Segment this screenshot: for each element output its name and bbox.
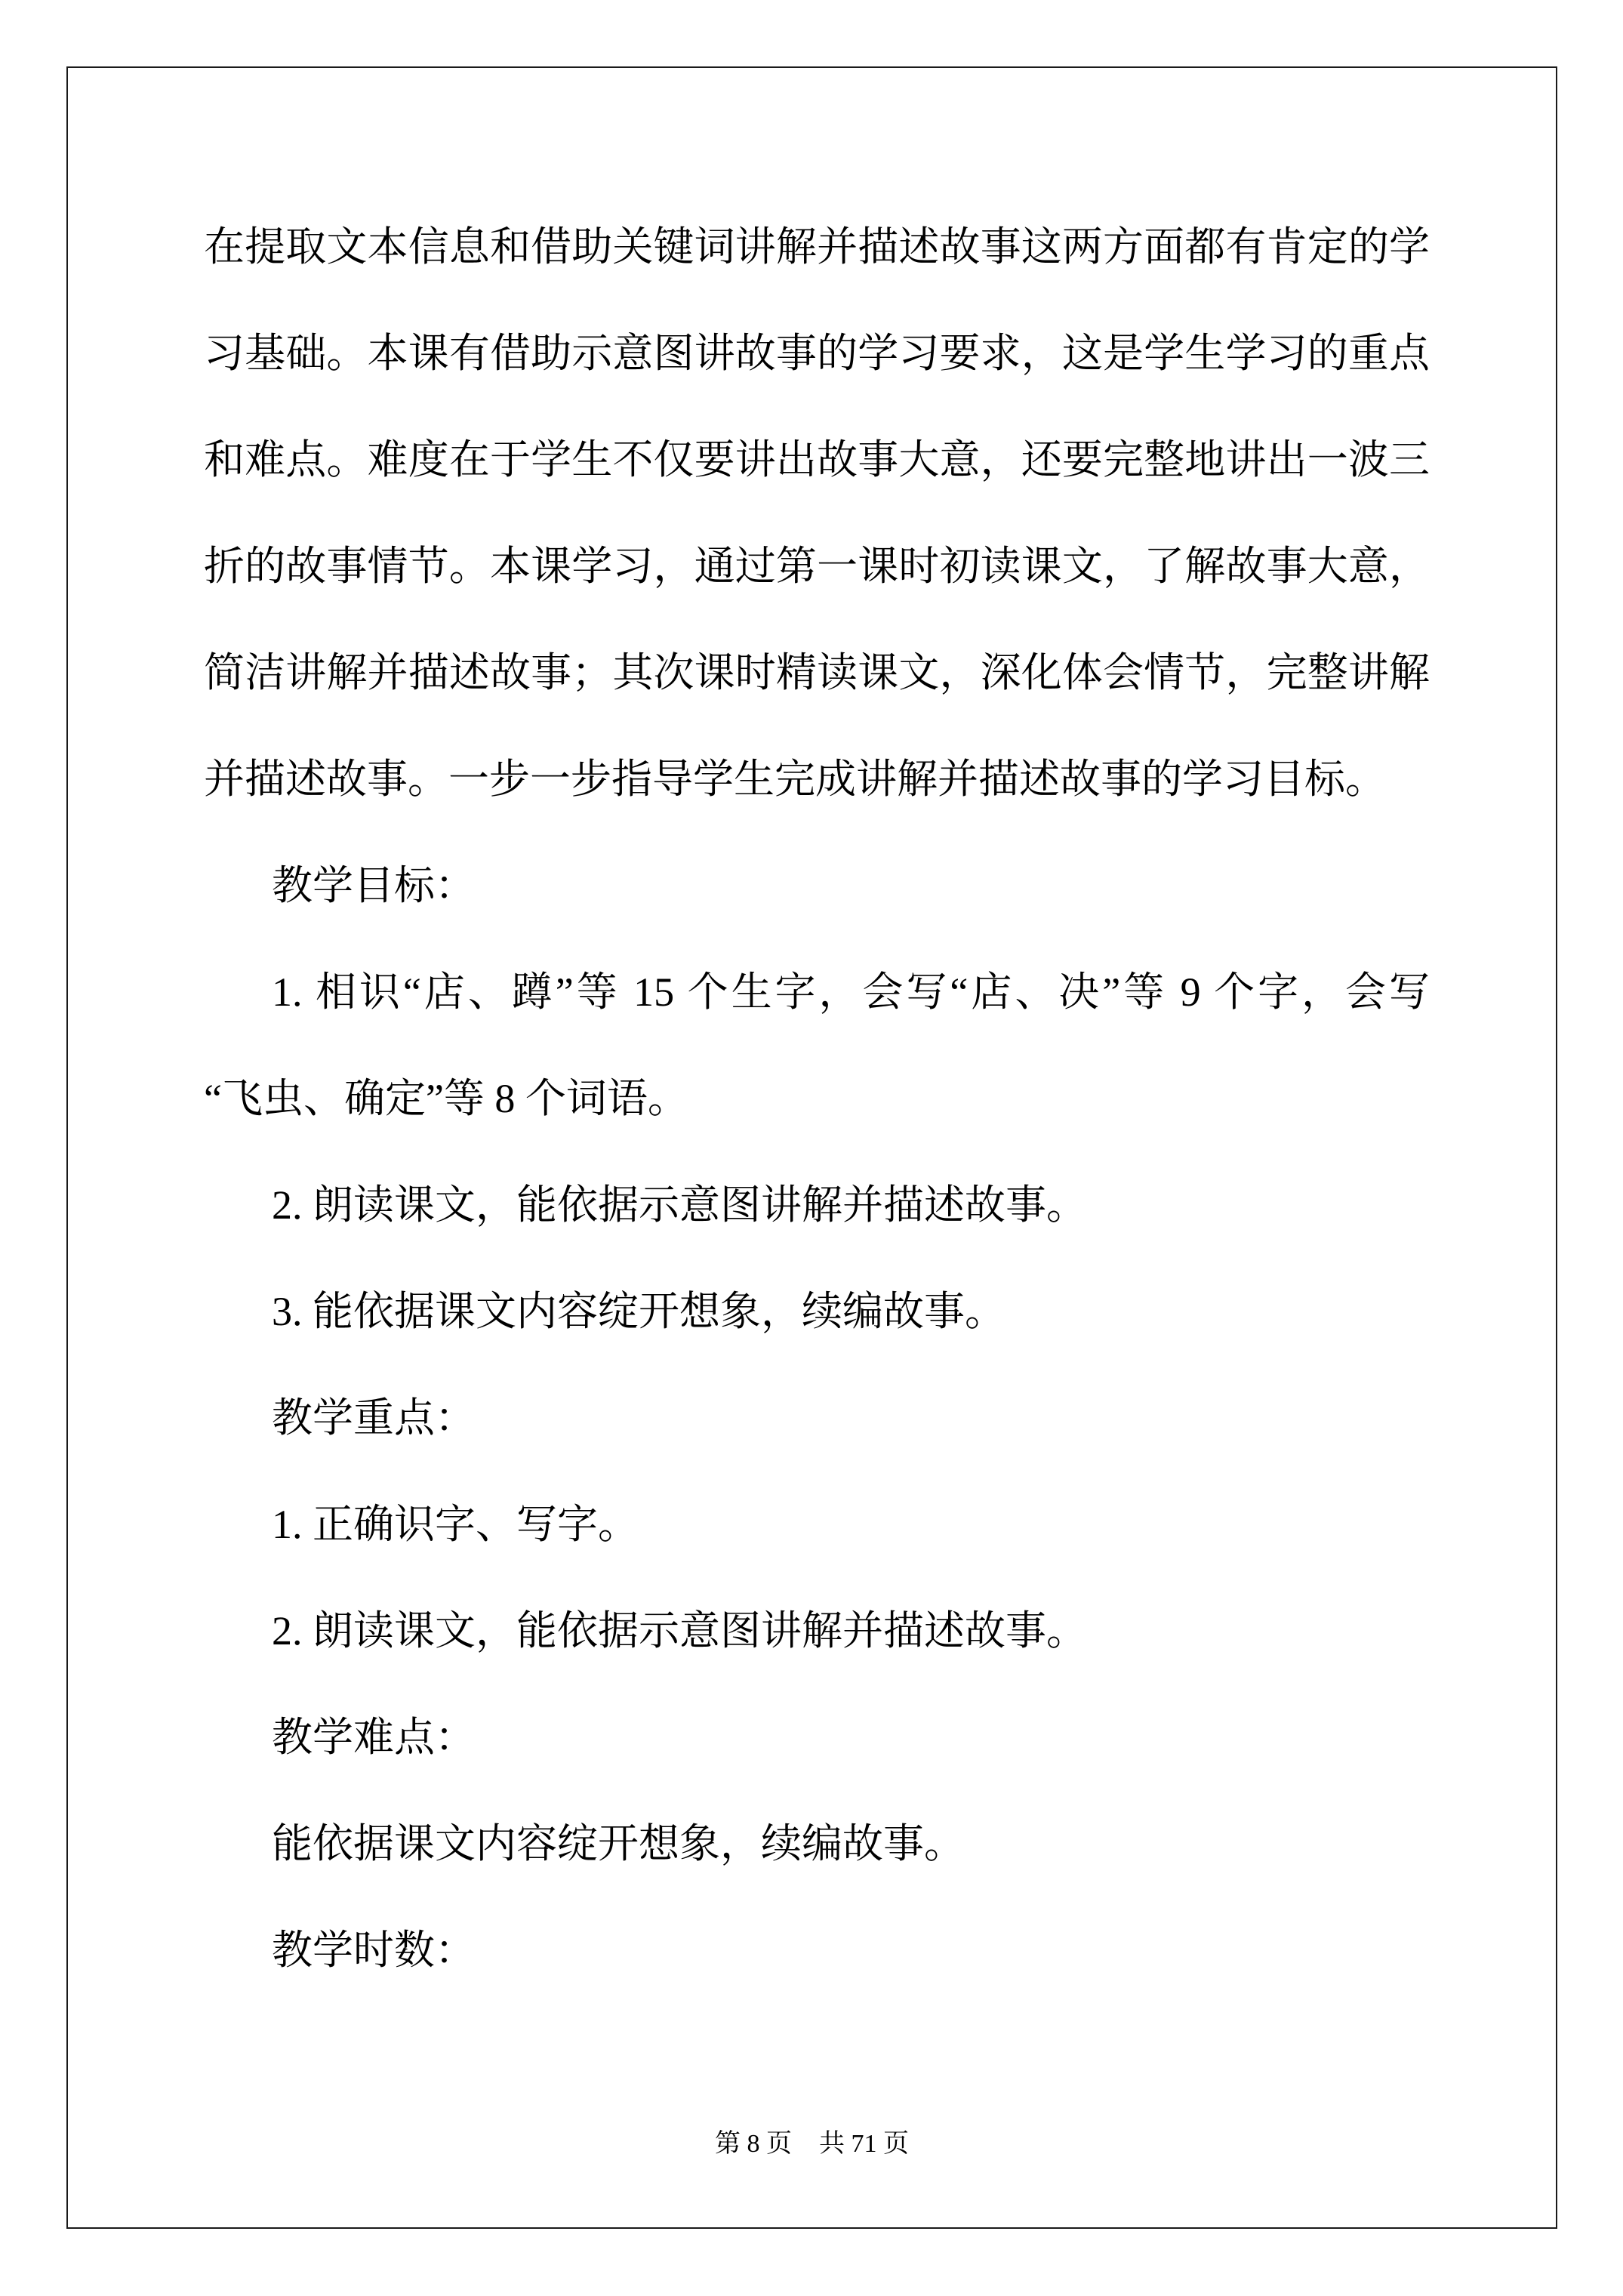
text-line: 和难点。难度在于学生不仅要讲出故事大意，还要完整地讲出一波三 xyxy=(204,407,1430,513)
text-line: 简洁讲解并描述故事；其次课时精读课文，深化体会情节，完整讲解 xyxy=(204,620,1430,726)
text-line: 能依据课文内容绽开想象，续编故事。 xyxy=(204,1791,1430,1897)
text-line: 2. 朗读课文，能依据示意图讲解并描述故事。 xyxy=(204,1578,1430,1684)
text-line: 习基础。本课有借助示意图讲故事的学习要求，这是学生学习的重点 xyxy=(204,300,1430,407)
text-line: 教学时数： xyxy=(204,1897,1430,2004)
text-line: 在提取文本信息和借助关键词讲解并描述故事这两方面都有肯定的学 xyxy=(204,194,1430,300)
text-line: 2. 朗读课文，能依据示意图讲解并描述故事。 xyxy=(204,1152,1430,1259)
text-line: 3. 能依据课文内容绽开想象，续编故事。 xyxy=(204,1259,1430,1365)
document-body: 在提取文本信息和借助关键词讲解并描述故事这两方面都有肯定的学习基础。本课有借助示… xyxy=(204,194,1430,2004)
text-line: 教学难点： xyxy=(204,1684,1430,1791)
page-number-current: 第 8 页 xyxy=(715,2130,792,2158)
text-line: “飞虫、确定”等 8 个词语。 xyxy=(204,1046,1430,1152)
document-page: { "colors": { "text": "#000000", "border… xyxy=(0,0,1623,2296)
text-line: 教学目标： xyxy=(204,833,1430,939)
page-footer: 第 8 页共 71 页 xyxy=(66,2129,1557,2159)
text-line: 1. 正确识字、写字。 xyxy=(204,1472,1430,1578)
text-line: 折的故事情节。本课学习，通过第一课时初读课文，了解故事大意， xyxy=(204,513,1430,620)
text-line: 并描述故事。一步一步指导学生完成讲解并描述故事的学习目标。 xyxy=(204,726,1430,833)
text-line: 教学重点： xyxy=(204,1365,1430,1472)
text-line: 1. 相识“店、蹲”等 15 个生字，会写“店、决”等 9 个字，会写 xyxy=(204,939,1430,1046)
page-number-total: 共 71 页 xyxy=(819,2130,909,2158)
